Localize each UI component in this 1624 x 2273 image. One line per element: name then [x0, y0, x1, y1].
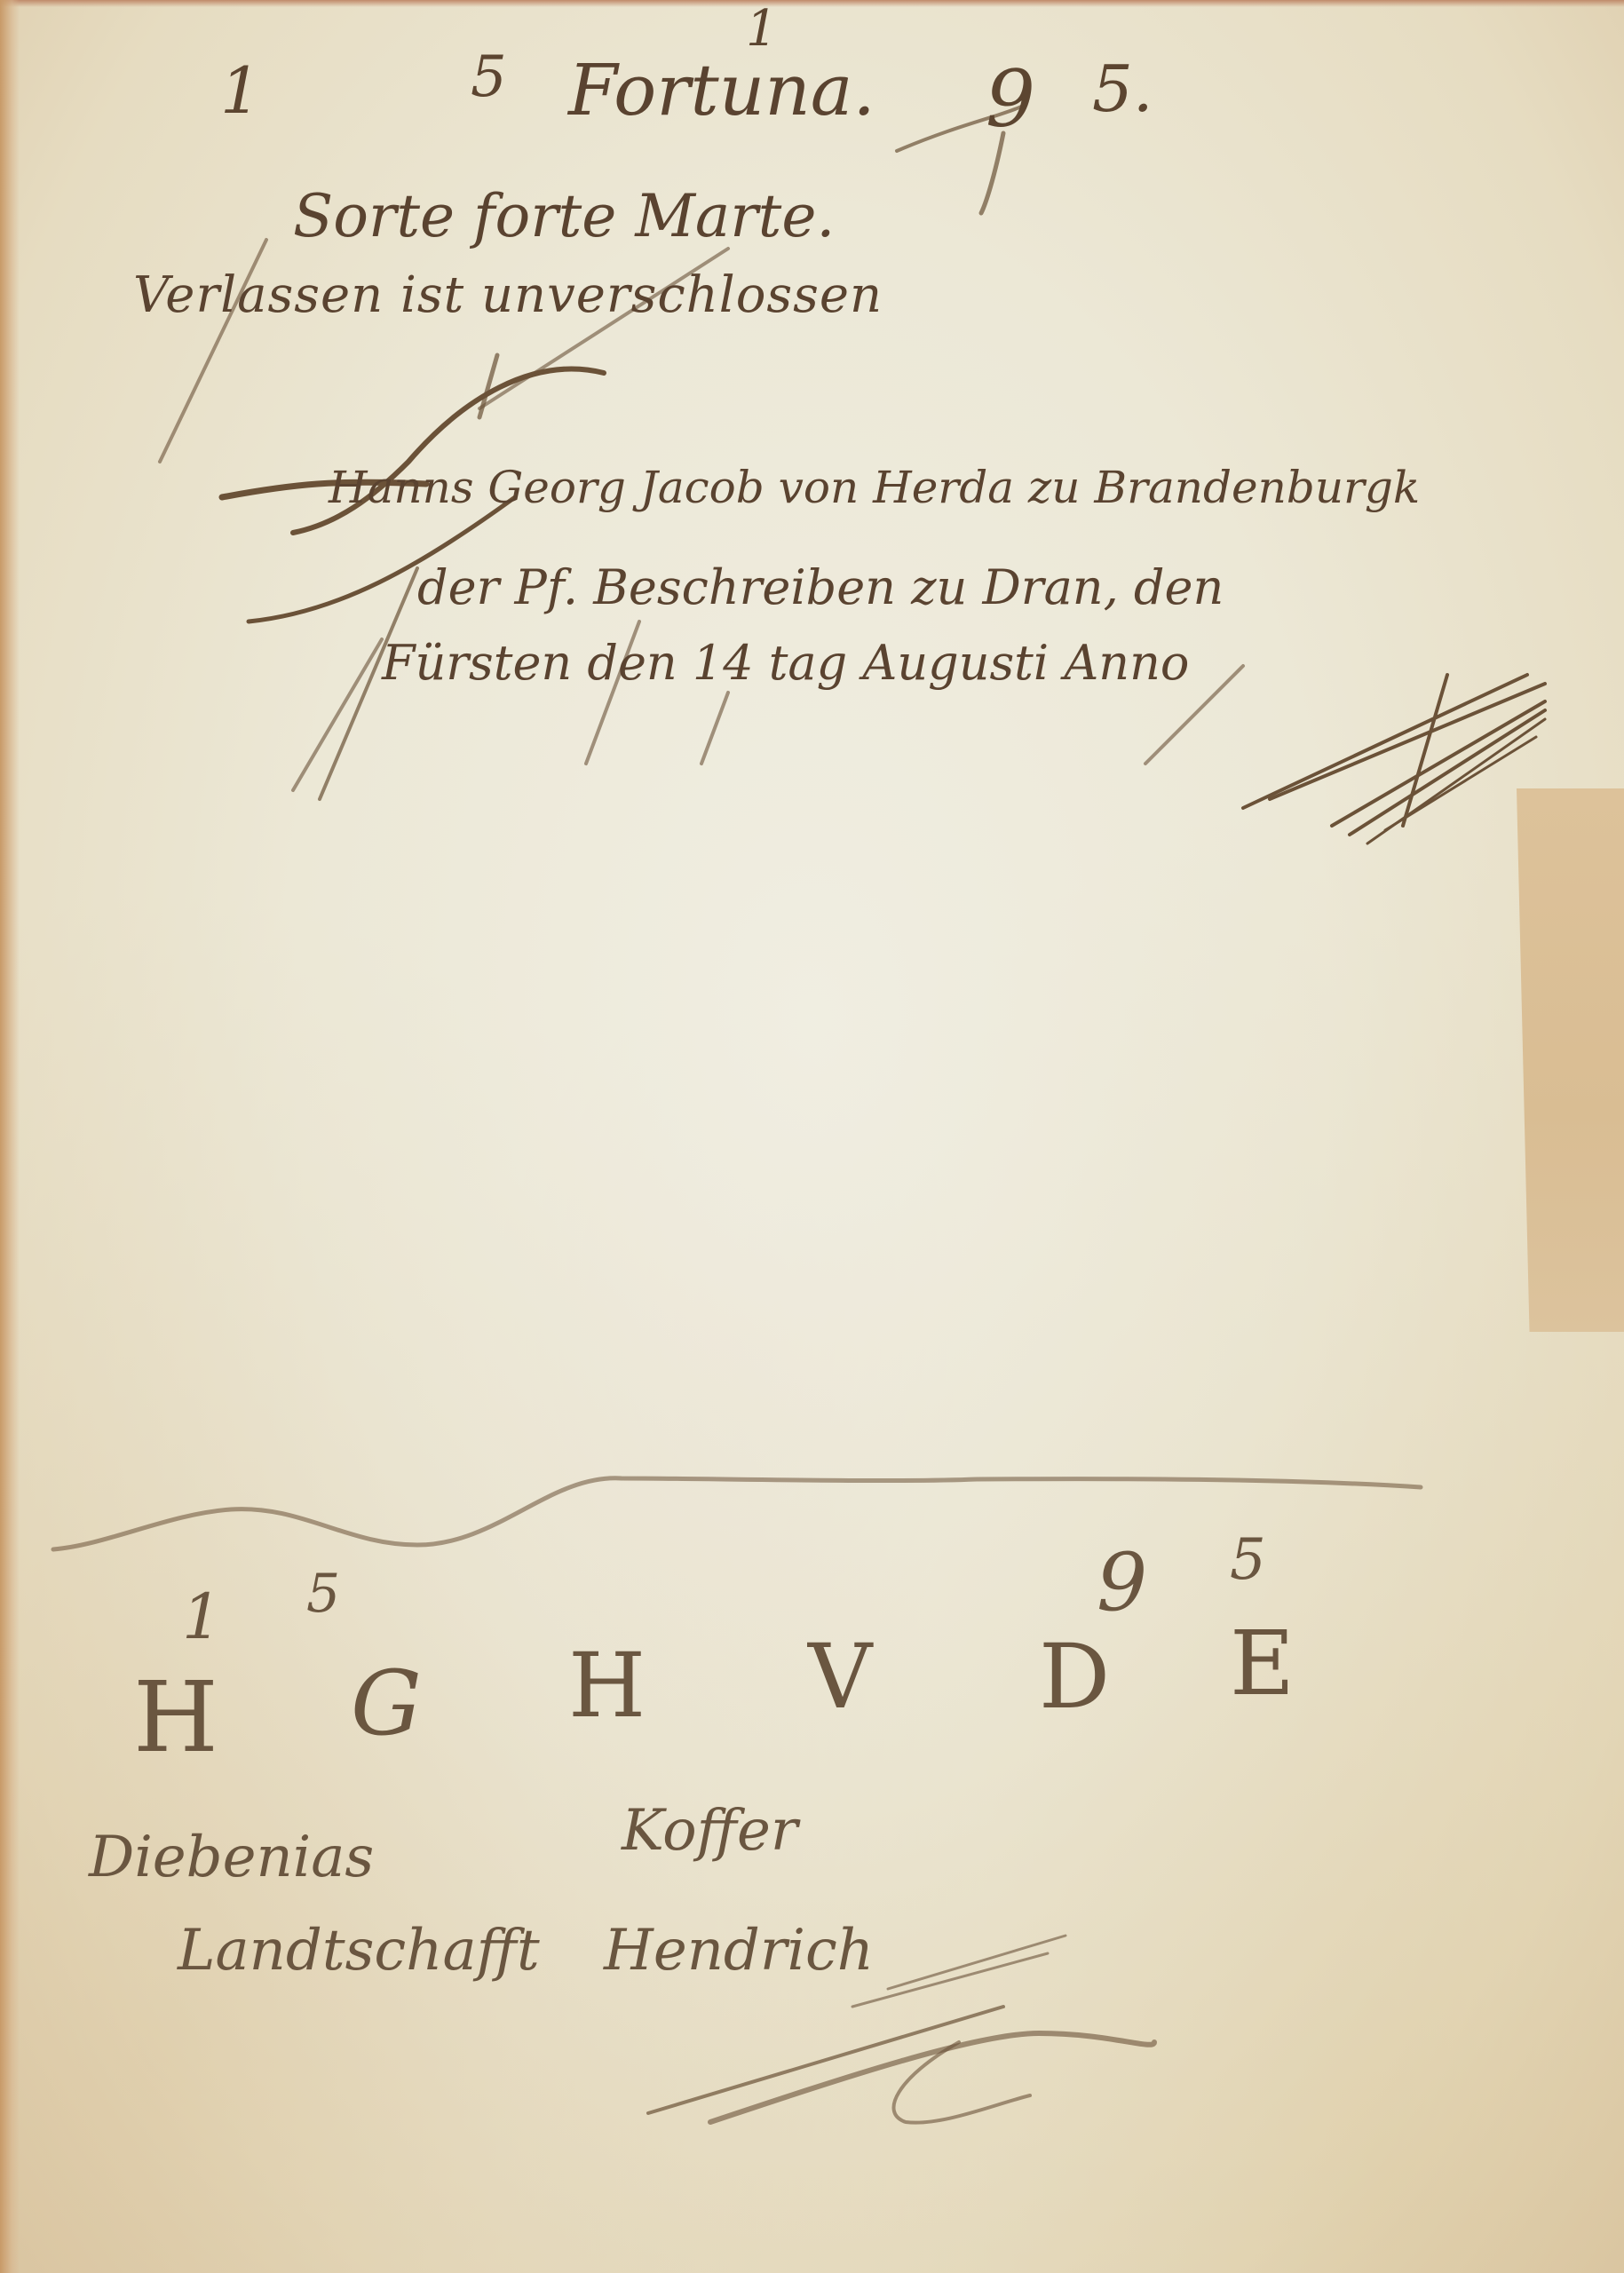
lower-year-digit-2: 5 [306, 1563, 340, 1625]
lower-year-digit-3: 9 [1097, 1536, 1147, 1629]
entry-line-3: Fürsten den 14 tag Augusti Anno [382, 635, 1189, 691]
lower-year-digit-4: 5 [1230, 1527, 1266, 1593]
signature-left-line-1: Diebenias [89, 1825, 374, 1890]
signature-left-line-2: Landtschafft [178, 1918, 540, 1984]
signature-right-line-1: Koffer [622, 1798, 797, 1864]
signature-right-line-2: Hendrich [604, 1918, 874, 1984]
initial-d: D [1039, 1625, 1110, 1729]
initial-h-2: H [568, 1634, 646, 1738]
header-title: Fortuna. [568, 49, 875, 131]
header-year-digit-4: 5. [1092, 51, 1153, 126]
initial-h: H [133, 1660, 218, 1774]
paper-tab-strip [1517, 788, 1624, 1332]
initial-g: G [351, 1651, 422, 1755]
header-year-digit-1: 1 [220, 53, 261, 128]
lower-year-digit-1: 1 [182, 1580, 222, 1653]
entry-line-1: Hanns Georg Jacob von Herda zu Brandenbu… [329, 462, 1420, 513]
motto-line-2: Verlassen ist unverschlossen [133, 266, 883, 324]
page-top-edge [0, 0, 1624, 7]
entry-line-2: der Pf. Beschreiben zu Dran, den [417, 559, 1224, 615]
initial-v: V [808, 1625, 872, 1729]
initial-e: E [1230, 1612, 1295, 1715]
manuscript-page: 1 5 1 Fortuna. 9 5. Sorte forte Marte. V… [0, 0, 1624, 2273]
motto-line-1: Sorte forte Marte. [293, 182, 835, 250]
header-year-digit-2: 5 [471, 44, 507, 110]
page-left-edge [0, 0, 20, 2273]
header-year-digit-3: 9 [986, 53, 1035, 145]
